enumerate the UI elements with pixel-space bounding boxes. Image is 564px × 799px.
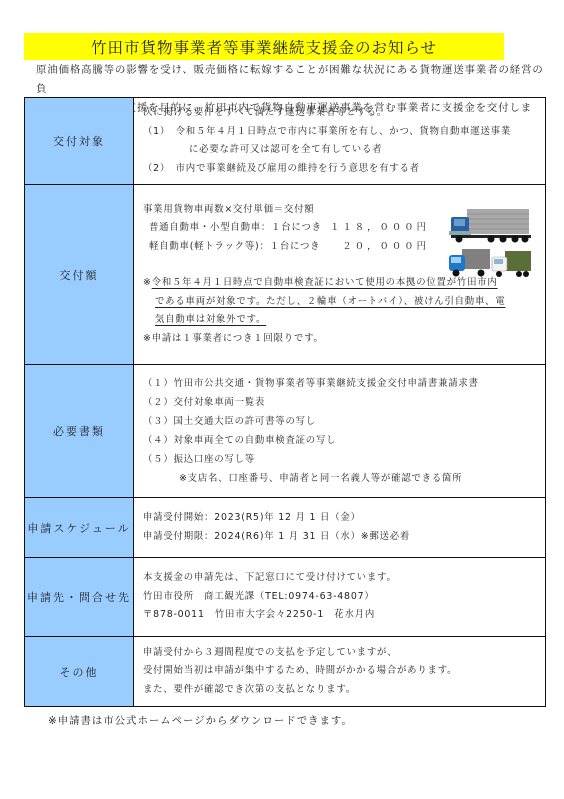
fee-value: ２０，０００円	[319, 238, 429, 257]
trucks-illustration-icon	[447, 207, 531, 281]
other-line-3: また、要件が確認でき次第の支払となります。	[143, 681, 545, 700]
contact-address: 〒878-0011 竹田市大字会々2250-1 花水月内	[143, 606, 545, 625]
eligibility-item-1: （1） 令和５年４月１日時点で市内に事業所を有し、かつ、貨物自動車運送事業	[143, 123, 545, 142]
footer-note: ※申請書は市公式ホームページからダウンロードできます。	[48, 712, 353, 727]
contact-line-1: 本支援金の申請先は、下記窓口にて受け付けています。	[143, 569, 545, 588]
note-line-1: 令和５年４月１日時点で自動車検査証において使用の本拠の位置が竹田市内	[152, 277, 498, 288]
document-note: ※支店名、口座番号、申請者と同一名義人等が確認できる箇所	[143, 469, 545, 488]
other-line-1: 申請受付から３週間程度での支払を予定していますが、	[143, 644, 545, 663]
label-schedule: 申請スケジュール	[25, 498, 134, 558]
other-line-2: 受付開始当初は申請が集中するため、時間がかかる場合があります。	[143, 662, 545, 681]
label-contact: 申請先・問合せ先	[25, 558, 134, 637]
info-table: 交付対象 次に掲げる要件をすべて満たす運送事業者等とする。 （1） 令和５年４月…	[24, 97, 546, 707]
schedule-start: 申請受付開始：2023(R5)年 12 月 1 日（金）	[143, 509, 545, 528]
amount-note-once: ※申請は１事業者につき１回限りです。	[143, 330, 545, 349]
content-amount: 事業用貨物車両数×交付単価＝交付額 普通自動車・小型自動車：１台につき １１８，…	[134, 185, 546, 365]
document-item: （２）交付対象車両一覧表	[143, 393, 545, 412]
amount-note-eligible-vehicles: ※令和５年４月１日時点で自動車検査証において使用の本拠の位置が竹田市内 である車…	[143, 274, 545, 330]
note-line-2: である車両が対象です。ただし、２輪車（オートバイ）、被けん引自動車、電	[155, 296, 506, 307]
document-item: （３）国土交通大臣の許可書等の写し	[143, 412, 545, 431]
row-documents: 必要書類 （１）竹田市公共交通・貨物事業者等事業継続支援金交付申請書兼請求書 （…	[25, 365, 546, 498]
row-schedule: 申請スケジュール 申請受付開始：2023(R5)年 12 月 1 日（金） 申請…	[25, 498, 546, 558]
row-amount: 交付額 事業用貨物車両数×交付単価＝交付額 普通自動車・小型自動車：１台につき …	[25, 185, 546, 365]
schedule-deadline: 申請受付期限：2024(R6)年 1 月 31 日（水）※郵送必着	[143, 528, 545, 547]
row-contact: 申請先・問合せ先 本支援金の申請先は、下記窓口にて受け付けています。 竹田市役所…	[25, 558, 546, 637]
fee-value: １１８，０００円	[319, 219, 429, 238]
content-other: 申請受付から３週間程度での支払を予定していますが、 受付開始当初は申請が集中する…	[134, 637, 546, 707]
document-item: （１）竹田市公共交通・貨物事業者等事業継続支援金交付申請書兼請求書	[143, 374, 545, 393]
row-other: その他 申請受付から３週間程度での支払を予定していますが、 受付開始当初は申請が…	[25, 637, 546, 707]
label-amount: 交付額	[25, 185, 134, 365]
eligibility-item-1-cont: に必要な許可又は認可を全て有している者	[143, 141, 545, 160]
content-documents: （１）竹田市公共交通・貨物事業者等事業継続支援金交付申請書兼請求書 （２）交付対…	[134, 365, 546, 498]
note-line-3: 気自動車は対象外です。	[155, 314, 266, 325]
eligibility-lead: 次に掲げる要件をすべて満たす運送事業者等とする。	[143, 104, 545, 123]
document-item: （５）振込口座の写し等	[143, 450, 545, 469]
row-eligibility: 交付対象 次に掲げる要件をすべて満たす運送事業者等とする。 （1） 令和５年４月…	[25, 98, 546, 185]
eligibility-item-2: （2） 市内で事業継続及び雇用の維持を行う意思を有する者	[143, 160, 545, 179]
content-contact: 本支援金の申請先は、下記窓口にて受け付けています。 竹田市役所 商工観光課（TE…	[134, 558, 546, 637]
label-other: その他	[25, 637, 134, 707]
note-mark: ※	[143, 277, 152, 288]
content-eligibility: 次に掲げる要件をすべて満たす運送事業者等とする。 （1） 令和５年４月１日時点で…	[134, 98, 546, 185]
content-schedule: 申請受付開始：2023(R5)年 12 月 1 日（金） 申請受付期限：2024…	[134, 498, 546, 558]
label-documents: 必要書類	[25, 365, 134, 498]
document-item: （４）対象車両全ての自動車検査証の写し	[143, 431, 545, 450]
amount-calc: 事業用貨物車両数×交付単価＝交付額 普通自動車・小型自動車：１台につき １１８，…	[143, 201, 545, 275]
title-banner: 竹田市貨物事業者等事業継続支援金のお知らせ	[24, 33, 504, 60]
fee-type: 軽自動車(軽トラック等)：１台につき	[143, 238, 319, 257]
intro-line-1: 原油価格高騰等の影響を受け、販売価格に転嫁することが困難な状況にある貨物運送事業…	[24, 61, 546, 99]
page-title: 竹田市貨物事業者等事業継続支援金のお知らせ	[91, 36, 437, 58]
fee-type: 普通自動車・小型自動車：１台につき	[143, 219, 319, 238]
label-eligibility: 交付対象	[25, 98, 134, 185]
contact-office: 竹田市役所 商工観光課（TEL:0974-63-4807）	[143, 588, 545, 607]
